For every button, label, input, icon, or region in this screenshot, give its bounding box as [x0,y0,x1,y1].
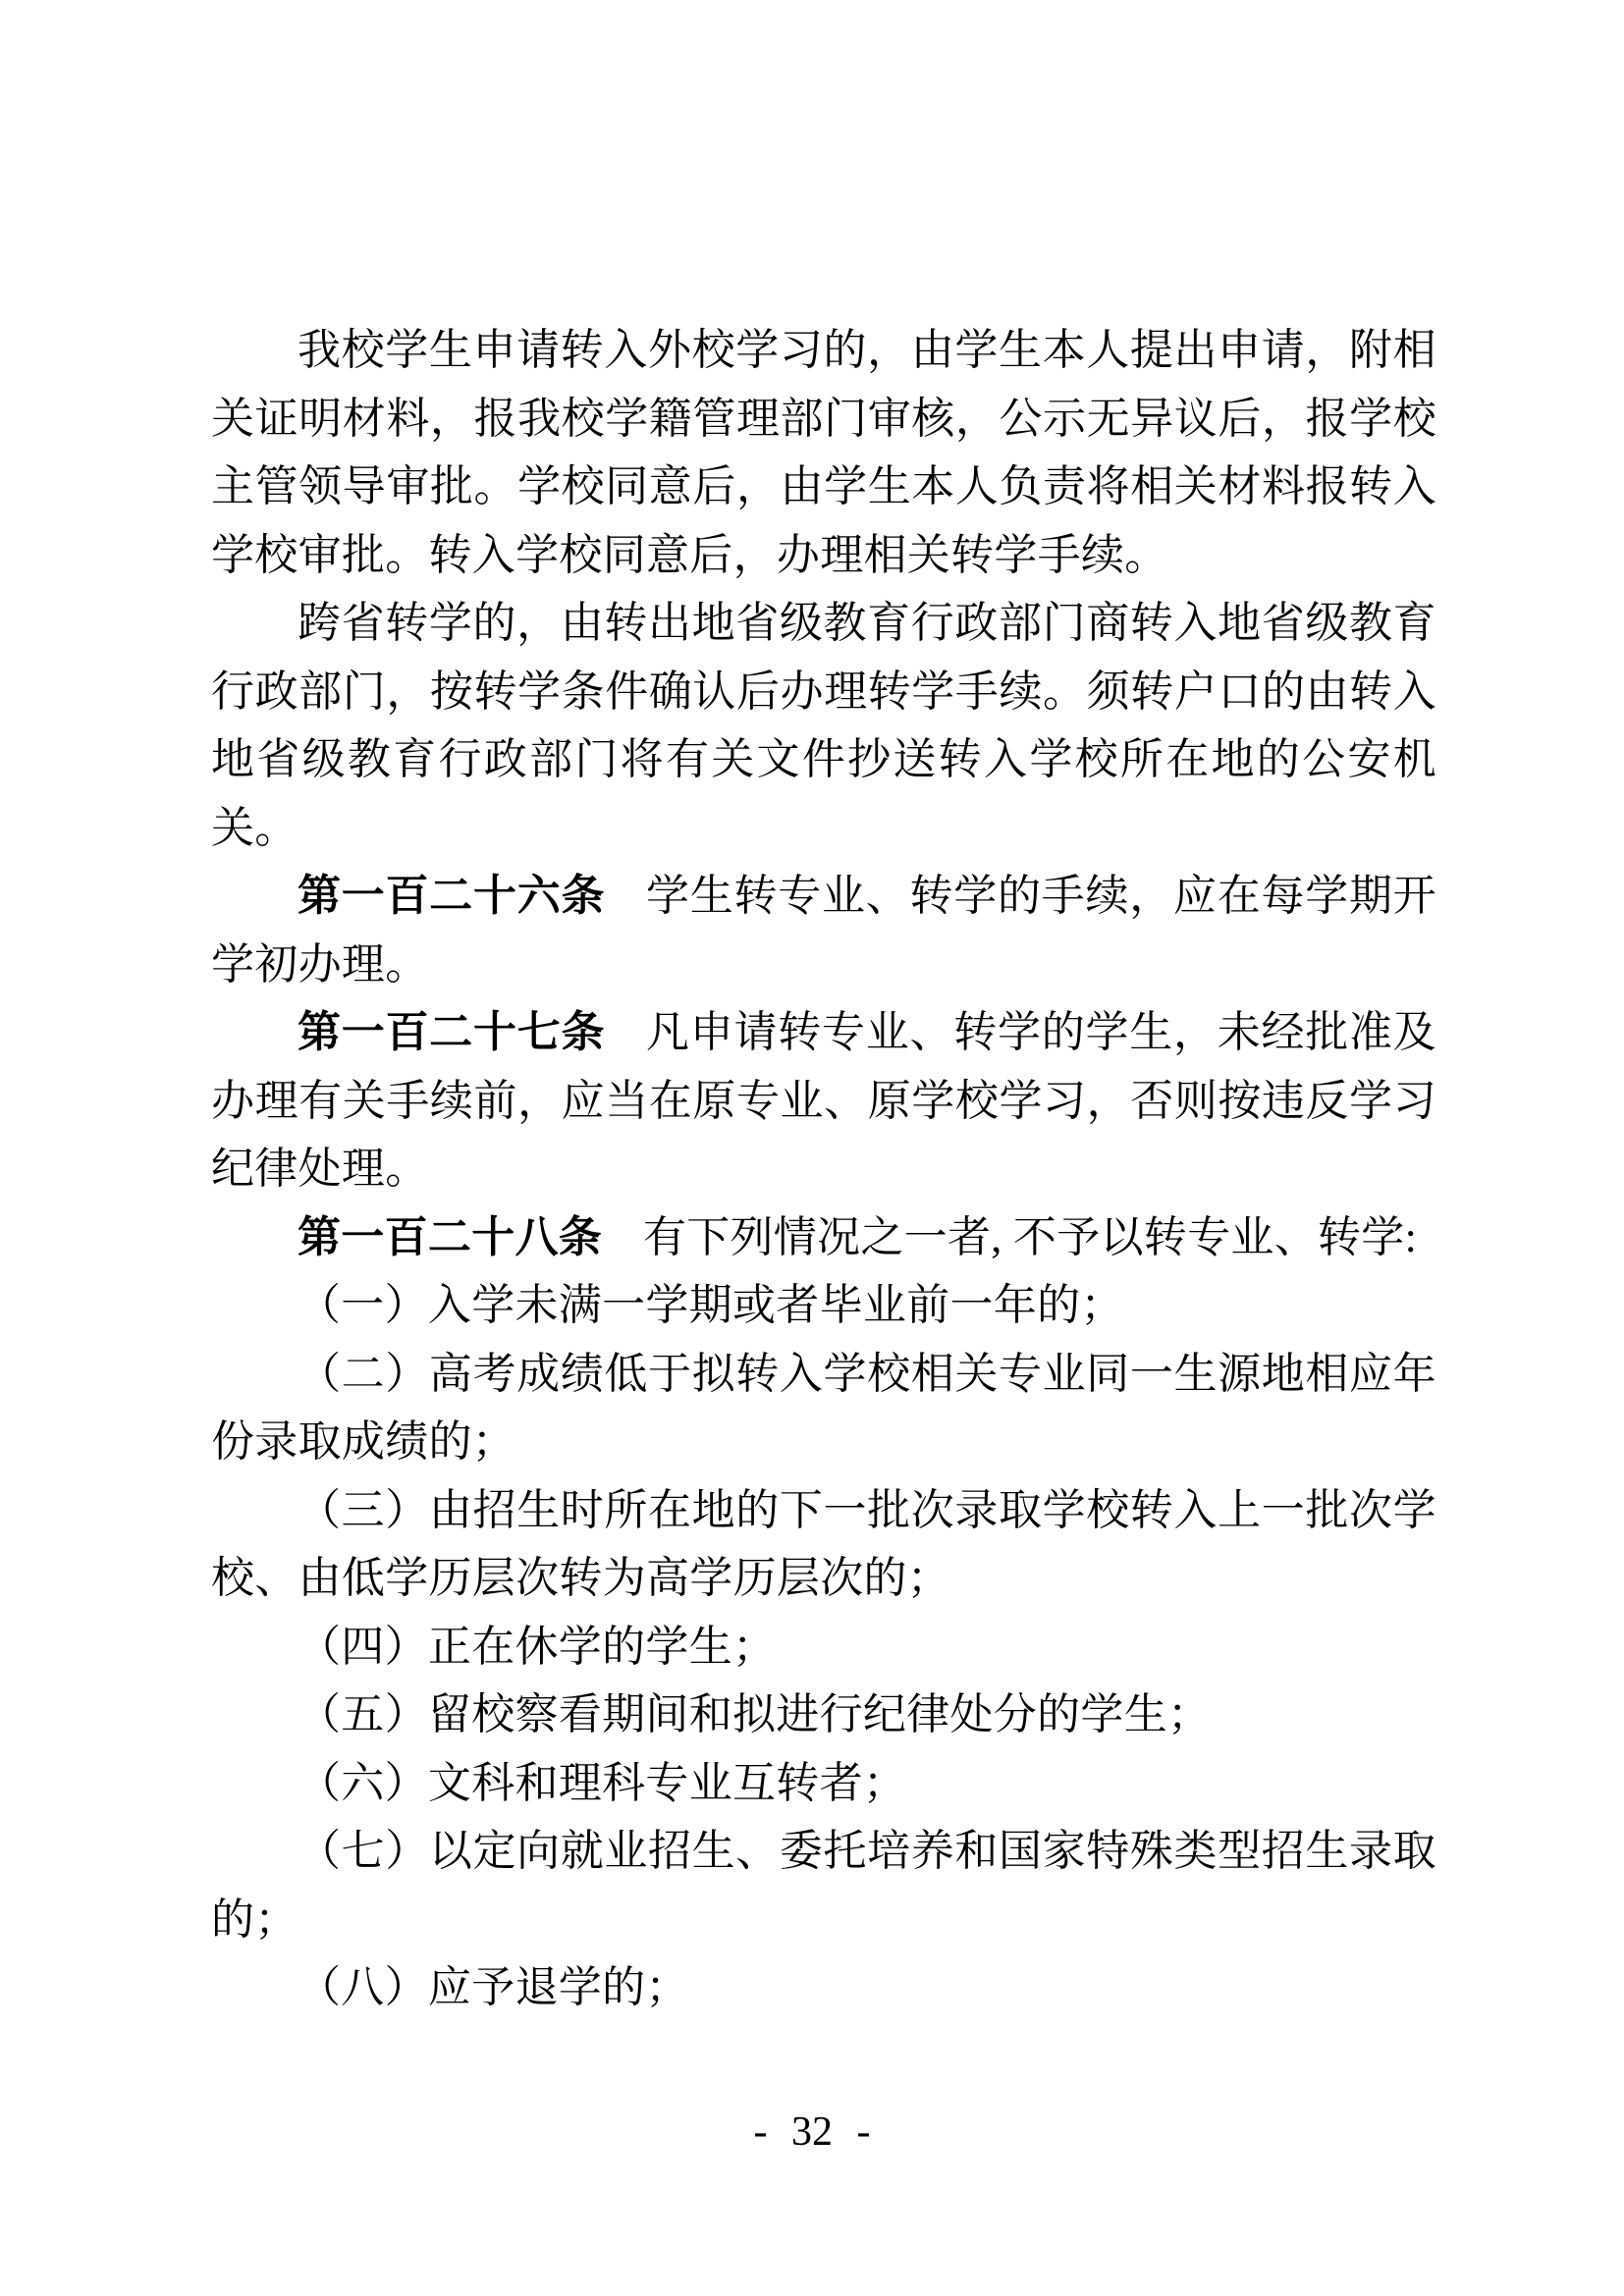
item-paragraph: （一）入学未满一学期或者毕业前一年的； [211,1271,1436,1340]
article-number: 第一百二十七条 [298,1008,605,1056]
paragraph-text: （五）留校察看期间和拟进行纪律处分的学生； [298,1690,1211,1738]
paragraph-text: （八）应予退学的； [298,1963,689,2011]
article-paragraph: 第一百二十六条学生转专业、转学的手续，应在每学期开学初办理。 [211,862,1436,998]
body-paragraph: 我校学生申请转入外校学习的，由学生本人提出申请，附相关证明材料，报我校学籍管理部… [211,316,1436,589]
paragraph-text: 我校学生申请转入外校学习的，由学生本人提出申请，附相关证明材料，报我校学籍管理部… [211,326,1436,579]
paragraph-text: （七）以定向就业招生、委托培养和国家特殊类型招生录取的； [211,1827,1436,1944]
item-paragraph: （二）高考成绩低于拟转入学校相关专业同一生源地相应年份录取成绩的； [211,1340,1436,1476]
paragraph-text: 跨省转学的，由转出地省级教育行政部门商转入地省级教育行政部门，按转学条件确认后办… [211,599,1436,852]
document-body: 我校学生申请转入外校学习的，由学生本人提出申请，附相关证明材料，报我校学籍管理部… [211,316,1436,2022]
body-paragraph: 跨省转学的，由转出地省级教育行政部门商转入地省级教育行政部门，按转学条件确认后办… [211,589,1436,862]
item-paragraph: （八）应予退学的； [211,1953,1436,2022]
article-number: 第一百二十六条 [298,872,605,920]
paragraph-text: （二）高考成绩低于拟转入学校相关专业同一生源地相应年份录取成绩的； [211,1350,1436,1467]
page-number: - 32 - [754,2109,871,2155]
paragraph-text: （六）文科和理科专业互转者； [298,1759,906,1807]
article-paragraph: 第一百二十七条凡申请转专业、转学的学生，未经批准及办理有关手续前，应当在原专业、… [211,998,1436,1203]
article-number: 第一百二十八条 [298,1213,602,1261]
item-paragraph: （四）正在休学的学生； [211,1613,1436,1682]
document-page: 我校学生申请转入外校学习的，由学生本人提出申请，附相关证明材料，报我校学籍管理部… [0,0,1624,2296]
paragraph-text: （三）由招生时所在地的下一批次录取学校转入上一批次学校、由低学历层次转为高学历层… [211,1486,1436,1603]
item-paragraph: （五）留校察看期间和拟进行纪律处分的学生； [211,1681,1436,1749]
item-paragraph: （三）由招生时所在地的下一批次录取学校转入上一批次学校、由低学历层次转为高学历层… [211,1476,1436,1613]
paragraph-text: （四）正在休学的学生； [298,1623,776,1671]
item-paragraph: （七）以定向就业招生、委托培养和国家特殊类型招生录取的； [211,1817,1436,1953]
item-paragraph: （六）文科和理科专业互转者； [211,1749,1436,1818]
page-footer: - 32 - [0,2109,1624,2156]
article-paragraph: 第一百二十八条有下列情况之一者, 不予以转专业、转学: [211,1203,1436,1272]
paragraph-text: （一）入学未满一学期或者毕业前一年的； [298,1281,1124,1329]
paragraph-text: 有下列情况之一者, 不予以转专业、转学: [643,1213,1417,1261]
